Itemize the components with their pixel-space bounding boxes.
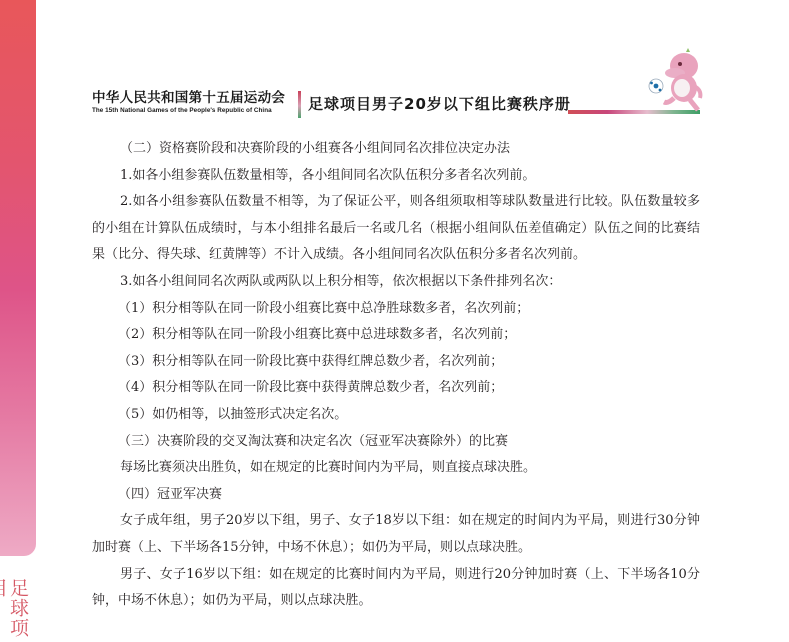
rule-1: 1.如各小组参赛队伍数量相等，各小组间同名次队伍积分多者名次列前。 (92, 163, 700, 190)
brand-english-name: The 15th National Games of the People's … (92, 107, 285, 114)
criterion-2: （2）积分相等队在同一阶段小组赛比赛中总进球数多者，名次列前； (92, 322, 700, 349)
mascot-dolphin-icon (644, 46, 704, 114)
criterion-4: （4）积分相等队在同一阶段比赛中获得黄牌总数少者，名次列前； (92, 375, 700, 402)
rule-3: 3.如各小组间同名次两队或两队以上积分相等，依次根据以下条件排列名次： (92, 269, 700, 296)
section-3-heading: （三）决赛阶段的交叉淘汰赛和决定名次（冠亚军决赛除外）的比赛 (92, 429, 700, 456)
document-title: 足球项目男子20岁以下组比赛秩序册 (308, 93, 571, 114)
brand-chinese-name: 中华人民共和国第十五届运动会 (92, 90, 285, 106)
criterion-5: （5）如仍相等，以抽签形式决定名次。 (92, 402, 700, 429)
document-body: （二）资格赛阶段和决赛阶段的小组赛各小组间同名次排位决定办法 1.如各小组参赛队… (92, 136, 700, 615)
criterion-3: （3）积分相等队在同一阶段比赛中获得红牌总数少者，名次列前； (92, 349, 700, 376)
section-4-heading: （四）冠亚军决赛 (92, 482, 700, 509)
section-2-heading: （二）资格赛阶段和决赛阶段的小组赛各小组间同名次排位决定办法 (92, 136, 700, 163)
header-divider (298, 91, 301, 118)
criterion-1: （1）积分相等队在同一阶段小组赛比赛中总净胜球数多者，名次列前； (92, 296, 700, 323)
rule-2: 2.如各小组参赛队伍数量不相等，为了保证公平，则各组须取相等球队数量进行比较。队… (92, 189, 700, 269)
decorative-side-band (0, 0, 36, 556)
page-header: 中华人民共和国第十五届运动会 The 15th National Games o… (92, 90, 700, 120)
games-brand: 中华人民共和国第十五届运动会 The 15th National Games o… (92, 90, 285, 114)
section-4-paragraph-2: 男子、女子16岁以下组：如在规定的比赛时间内为平局，则进行20分钟加时赛（上、下… (92, 562, 700, 615)
section-3-text: 每场比赛须决出胜负，如在规定的比赛时间内为平局，则直接点球决胜。 (92, 455, 700, 482)
side-section-label: 足球项目 (6, 578, 28, 642)
section-4-paragraph-1: 女子成年组，男子20岁以下组，男子、女子18岁以下组：如在规定的时间内为平局，则… (92, 508, 700, 561)
